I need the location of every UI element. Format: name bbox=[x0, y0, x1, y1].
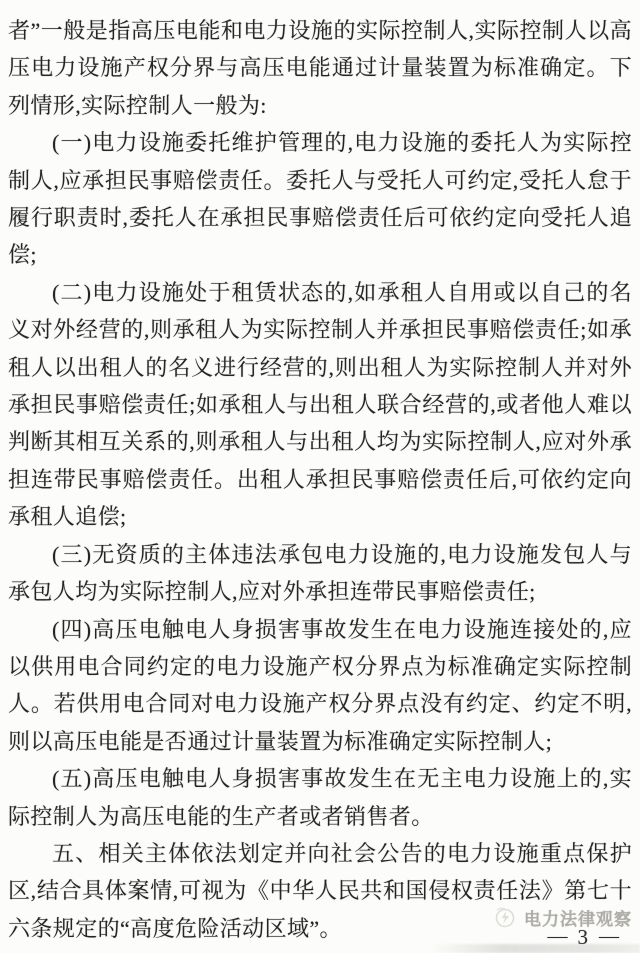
paragraph-item-2: (二)电力设施处于租赁状态的,如承租人自用或以自己的名义对外经营的,则承租人为实… bbox=[8, 274, 632, 536]
paragraph-section-5: 五、相关主体依法划定并向社会公告的电力设施重点保护区,结合具体案情,可视为《中华… bbox=[8, 835, 632, 947]
paragraph-continuation: 者”一般是指高压电能和电力设施的实际控制人,实际控制人以高压电力设施产权分界与高… bbox=[8, 12, 632, 124]
paragraph-item-5: (五)高压电触电人身损害事故发生在无主电力设施上的,实际控制人为高压电能的生产者… bbox=[8, 760, 632, 835]
paragraph-item-1: (一)电力设施委托维护管理的,电力设施的委托人为实际控制人,应承担民事赔偿责任。… bbox=[8, 124, 632, 274]
paragraph-item-3: (三)无资质的主体违法承包电力设施的,电力设施发包人与承包人均为实际控制人,应对… bbox=[8, 536, 632, 611]
text-column: 者”一般是指高压电能和电力设施的实际控制人,实际控制人以高压电力设施产权分界与高… bbox=[8, 12, 632, 947]
scanned-book-page: 者”一般是指高压电能和电力设施的实际控制人,实际控制人以高压电力设施产权分界与高… bbox=[0, 0, 640, 953]
paragraph-item-4: (四)高压电触电人身损害事故发生在电力设施连接处的,应以供用电合同约定的电力设施… bbox=[8, 611, 632, 761]
